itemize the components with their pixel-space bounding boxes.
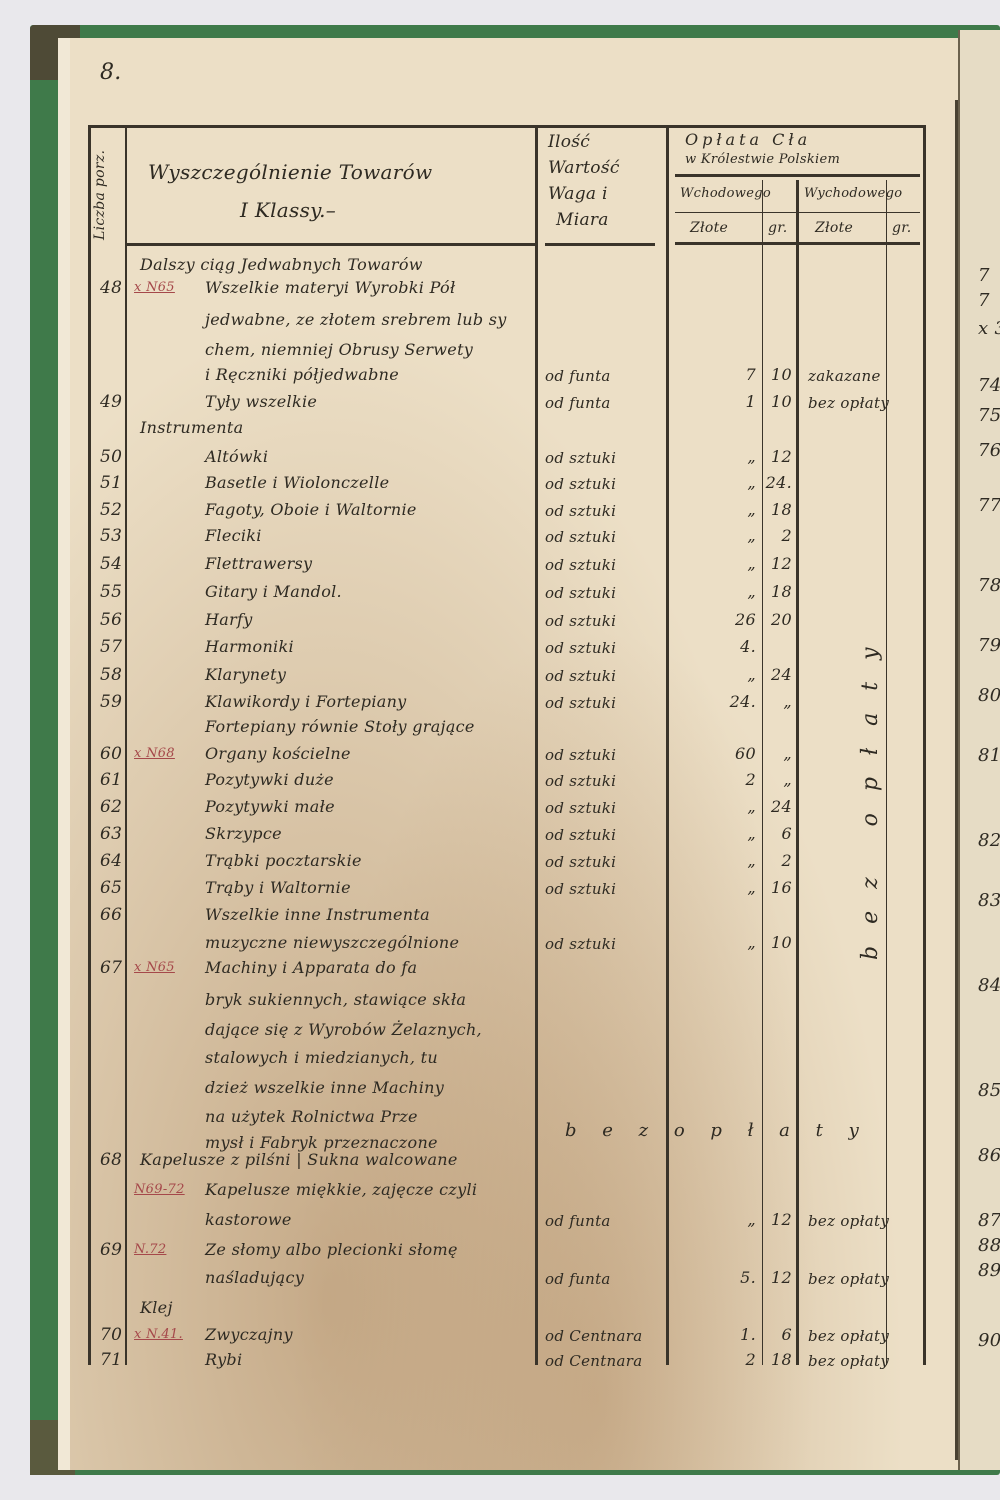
import-duty-zloty: 1. [700,1325,756,1344]
item-unit: od sztuki [545,853,616,871]
header-export: Wychodowego [804,186,902,201]
item-description: Kapelusze z pilśni | Sukna walcowane [140,1150,458,1169]
import-duty-grosz: 18 [764,500,792,519]
facing-page-row-number: 81 [978,745,1000,766]
item-description: Machiny i Apparata do fa [205,958,417,977]
row-number: 54 [100,554,122,574]
import-duty-zloty: „ [700,500,756,519]
rule-measure [666,125,669,1365]
row-number: 60 [100,744,122,764]
import-duty-grosz: 20 [764,610,792,629]
cross-reference: x N.41. [134,1327,183,1342]
item-unit: od sztuki [545,584,616,602]
import-duty-grosz: 12 [764,447,792,466]
row67-note: b e z o p ł a t y [565,1120,869,1141]
facing-page-row-number: x 3 [978,318,1000,339]
import-duty-grosz: 12 [764,1210,792,1229]
header-bottom-rule-measure [545,243,655,246]
facing-page-row-number: 78 [978,575,1000,596]
import-duty-zloty: „ [700,665,756,684]
item-description: i Ręczniki półjedwabne [205,365,399,384]
import-duty-grosz: 18 [764,582,792,601]
row-number: 65 [100,878,122,898]
header-export-zl: Złote [815,220,853,236]
import-duty-grosz: 2 [764,526,792,545]
export-duty: bez opłaty [808,1212,889,1230]
import-duty-grosz: 16 [764,878,792,897]
header-measure-3: Waga i [548,184,608,204]
item-description: jedwabne, ze złotem srebrem lub sy [205,310,507,329]
import-duty-grosz: 12 [764,554,792,573]
header-import-zl: Złote [690,220,728,236]
row-number: 52 [100,500,122,520]
header-duty-subtitle: w Królestwie Polskiem [685,152,840,167]
import-duty-zloty: 60 [700,744,756,763]
import-duty-zloty: „ [700,824,756,843]
facing-page-row-number: 84 [978,975,1000,996]
row-number: 70 [100,1325,122,1345]
import-duty-grosz: „ [764,744,792,763]
item-description: Ze słomy albo plecionki słomę [205,1240,458,1259]
item-unit: od funta [545,1212,611,1230]
export-duty: bez opłaty [808,1352,889,1370]
rule-left [88,125,91,1365]
item-description: Skrzypce [205,824,282,843]
row-number: 56 [100,610,122,630]
import-duty-grosz: 10 [764,392,792,411]
item-description: Klawikordy i Fortepiany [205,692,407,711]
item-description: Instrumenta [140,418,243,437]
item-unit: od sztuki [545,556,616,574]
import-duty-zloty: „ [700,473,756,492]
import-duty-grosz: „ [764,692,792,711]
rule-import-gr [762,180,763,1365]
facing-page-row-number: 87 [978,1210,1000,1231]
header-bottom-rule [127,243,537,246]
item-description: Rybi [205,1350,242,1369]
item-unit: od sztuki [545,694,616,712]
item-unit: od funta [545,394,611,412]
row-number: 58 [100,665,122,685]
item-unit: od sztuki [545,935,616,953]
item-description: Altówki [205,447,268,466]
header-measure-1: Ilość [548,132,590,152]
row-number: 55 [100,582,122,602]
import-duty-grosz: 12 [764,1268,792,1287]
import-duty-grosz: 6 [764,824,792,843]
row-number: 63 [100,824,122,844]
item-description: Zwyczajny [205,1325,293,1344]
item-unit: od funta [545,367,611,385]
import-duty-grosz: 10 [764,365,792,384]
facing-page-row-number: 86 [978,1145,1000,1166]
item-description: Gitary i Mandol. [205,582,342,601]
import-duty-grosz: 2 [764,851,792,870]
page-edge [58,38,70,1470]
header-measure-4: Miara [556,210,609,230]
import-duty-zloty: „ [700,447,756,466]
facing-page-row-number: 74 [978,375,1000,396]
row-number: 48 [100,278,122,298]
rule-description [535,125,538,1365]
import-duty-zloty: „ [700,1210,756,1229]
row-number: 53 [100,526,122,546]
import-duty-zloty: 2 [700,770,756,789]
import-duty-zloty: „ [700,878,756,897]
header-export-gr: gr. [892,220,911,236]
import-duty-zloty: „ [700,582,756,601]
header-measure-2: Wartość [548,158,620,178]
facing-page-row-number: 89 [978,1260,1000,1281]
item-description: Flettrawersy [205,554,312,573]
item-description: Fortepiany równie Stoły grające [205,717,475,736]
import-duty-zloty: „ [700,526,756,545]
import-duty-zloty: „ [700,851,756,870]
header-import: Wchodowego [680,186,771,201]
row-number: 64 [100,851,122,871]
import-duty-zloty: 2 [700,1350,756,1369]
item-description: Harmoniki [205,637,294,656]
row-number: 69 [100,1240,122,1260]
item-description: Fleciki [205,526,262,545]
item-description: kastorowe [205,1210,292,1229]
rule-import [796,180,799,1365]
row-number: 67 [100,958,122,978]
item-description: bryk sukiennych, stawiące skła [205,990,466,1009]
facing-page-row-number: 7 [978,265,990,286]
import-duty-grosz: 24. [764,473,792,492]
cross-reference: x N65 [134,960,175,975]
row-number: 50 [100,447,122,467]
import-duty-zloty: „ [700,797,756,816]
table-top-rule [88,125,926,128]
item-unit: od sztuki [545,612,616,630]
import-duty-zloty: 1 [700,392,756,411]
item-description: Klej [140,1298,173,1317]
item-description: na użytek Rolnictwa Prze [205,1107,418,1126]
facing-page-row-number: 85 [978,1080,1000,1101]
export-duty: bez opłaty [808,1327,889,1345]
item-description: Wszelkie inne Instrumenta [205,905,430,924]
item-description: Kapelusze miękkie, zajęcze czyli [205,1180,477,1199]
import-duty-grosz: 24 [764,797,792,816]
item-unit: od sztuki [545,528,616,546]
item-description: Dalszy ciąg Jedwabnych Towarów [140,255,423,274]
header-class: I Klassy.– [240,198,336,222]
item-description: Pozytywki duże [205,770,334,789]
import-duty-zloty: 24. [700,692,756,711]
row-number: 49 [100,392,122,412]
item-description: Basetle i Wiolonczelle [205,473,389,492]
rule-lp [125,125,127,1365]
item-description: dające się z Wyrobów Żelaznych, [205,1020,482,1039]
item-description: Trąbki pocztarskie [205,851,362,870]
import-duty-grosz: 18 [764,1350,792,1369]
item-unit: od Centnara [545,1352,642,1370]
cross-reference: x N65 [134,280,175,295]
duty-bottom-rule [675,242,920,245]
item-unit: od funta [545,1270,611,1288]
item-description: Pozytywki małe [205,797,335,816]
rule-right [923,125,926,1365]
item-unit: od sztuki [545,772,616,790]
facing-page-row-number: 75 [978,405,1000,426]
import-duty-zloty: 5. [700,1268,756,1287]
item-description: Tyły wszelkie [205,392,317,411]
row-number: 57 [100,637,122,657]
header-description: Wyszczególnienie Towarów [148,160,432,184]
facing-page-row-number: 79 [978,635,1000,656]
item-unit: od sztuki [545,475,616,493]
import-duty-zloty: 7 [700,365,756,384]
item-description: dzież wszelkie inne Machiny [205,1078,444,1097]
item-unit: od sztuki [545,746,616,764]
row-number: 66 [100,905,122,925]
gutter-fold [955,100,958,1460]
facing-page-row-number: 80 [978,685,1000,706]
cross-reference: N.72 [134,1242,166,1257]
row-number: 59 [100,692,122,712]
cross-reference: x N68 [134,746,175,761]
row-number: 62 [100,797,122,817]
export-duty: bez opłaty [808,394,889,412]
item-unit: od sztuki [545,449,616,467]
export-duty: zakazane [808,367,881,385]
page-number: 8. [100,60,122,85]
item-unit: od sztuki [545,880,616,898]
row-number: 51 [100,473,122,493]
row-number: 71 [100,1350,122,1370]
import-duty-grosz: 6 [764,1325,792,1344]
duty-sub-rule [675,212,920,213]
facing-page-row-number: 83 [978,890,1000,911]
header-duty-title: Opłata Cła [685,130,811,149]
item-unit: od sztuki [545,667,616,685]
header-lp: Liczba porz. [92,150,108,240]
item-description: Klarynety [205,665,286,684]
item-description: Organy kościelne [205,744,351,763]
facing-page-row-number: 90 [978,1330,1000,1351]
facing-page-row-number: 88 [978,1235,1000,1256]
item-description: chem, niemniej Obrusy Serwety [205,340,473,359]
row-number: 61 [100,770,122,790]
import-duty-grosz: 24 [764,665,792,684]
import-duty-grosz: „ [764,770,792,789]
export-duty: bez opłaty [808,1270,889,1288]
item-description: muzyczne niewyszczególnione [205,933,459,952]
facing-page-row-number: 82 [978,830,1000,851]
item-unit: od sztuki [545,799,616,817]
import-duty-zloty: „ [700,554,756,573]
item-unit: od sztuki [545,639,616,657]
item-description: Harfy [205,610,253,629]
item-description: naśladujący [205,1268,304,1287]
facing-page-row-number: 77 [978,495,1000,516]
import-duty-grosz: 10 [764,933,792,952]
vertical-note-export: bez opłaty [858,440,883,960]
item-unit: od sztuki [545,826,616,844]
header-import-gr: gr. [768,220,787,236]
item-description: Trąby i Waltornie [205,878,351,897]
facing-page-row-number: 7 [978,290,990,311]
ledger-page [58,38,958,1470]
item-description: Wszelkie materyi Wyrobki Pół [205,278,455,297]
import-duty-zloty: 26 [700,610,756,629]
import-duty-zloty: „ [700,933,756,952]
cross-reference: N69-72 [134,1182,185,1197]
item-description: stalowych i miedzianych, tu [205,1048,438,1067]
item-unit: od sztuki [545,502,616,520]
item-description: Fagoty, Oboie i Waltornie [205,500,417,519]
duty-title-rule [675,174,920,177]
item-unit: od Centnara [545,1327,642,1345]
rule-export-gr [886,180,887,1365]
row-number: 68 [100,1150,122,1170]
import-duty-zloty: 4. [700,637,756,656]
facing-page-row-number: 76 [978,440,1000,461]
